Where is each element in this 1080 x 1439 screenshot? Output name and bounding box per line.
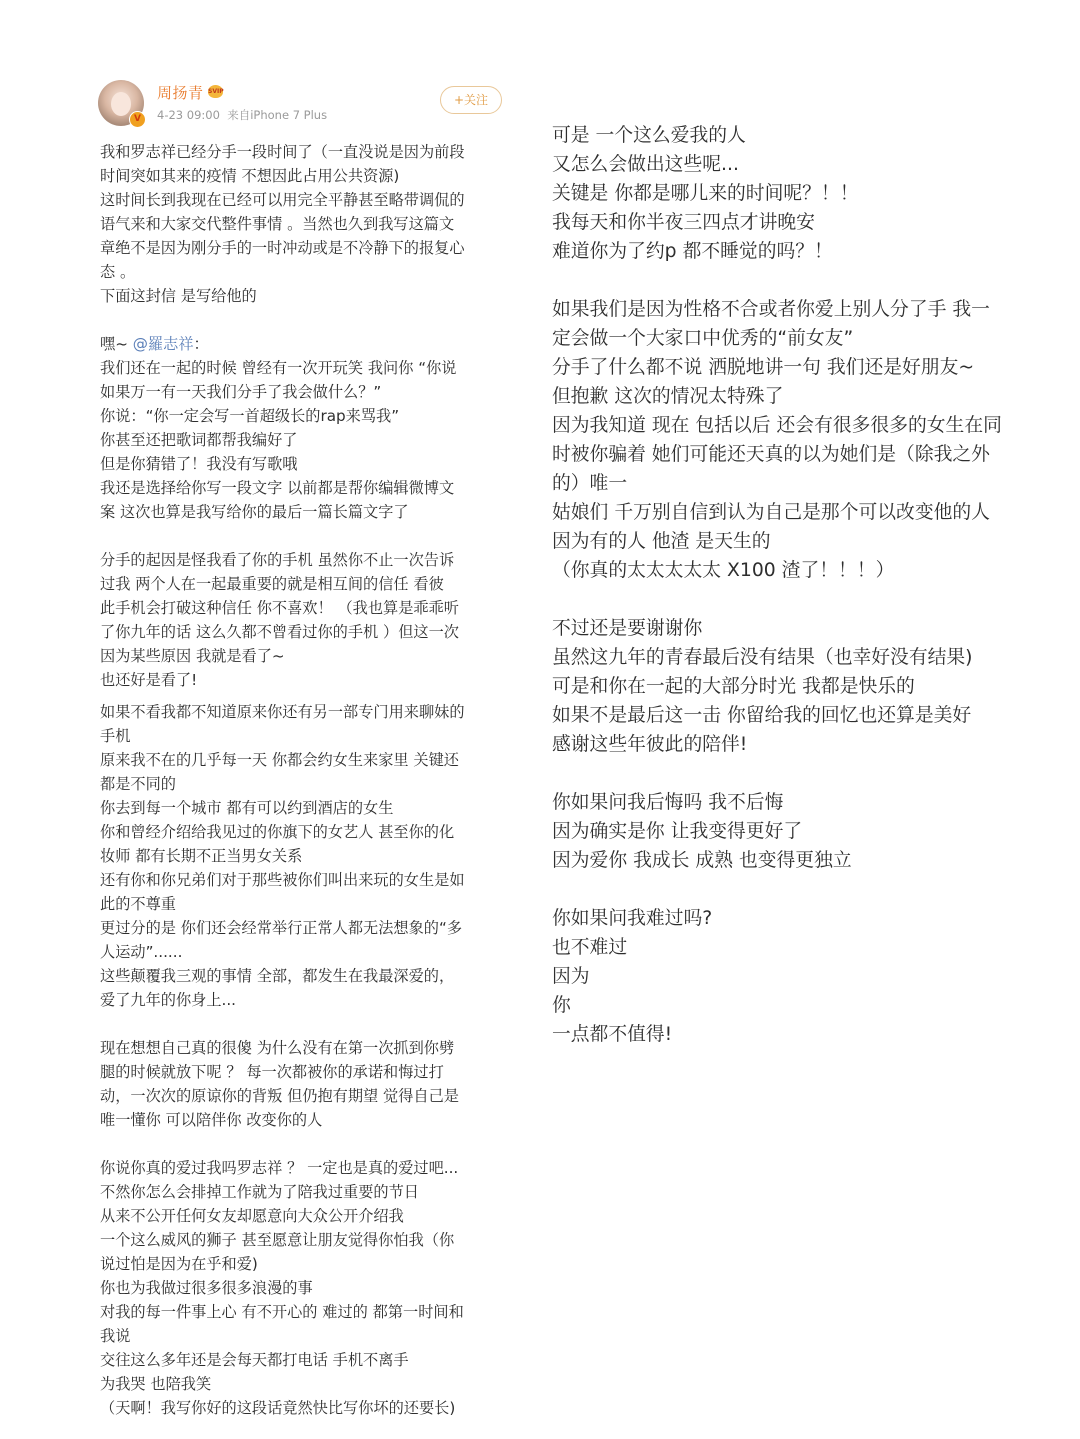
text-line: 你如果问我难过吗? xyxy=(552,904,1042,933)
text-line: 态 。 xyxy=(100,260,510,284)
text-line: 这时间长到我现在已经可以用完全平静甚至略带调侃的 xyxy=(100,188,510,212)
verified-badge-icon: V xyxy=(129,111,146,128)
text-line: 可是和你在一起的大部分时光 我都是快乐的 xyxy=(552,672,1042,701)
text-line: 分手了什么都不说 洒脱地讲一句 我们还是好朋友~ xyxy=(552,353,1042,382)
greeting-line: 嘿~ @羅志祥： xyxy=(100,332,510,356)
text-line: 还有你和你兄弟们对于那些被你们叫出来玩的女生是如 xyxy=(100,868,510,892)
text-line: 过我 两个人在一起最重要的就是相互间的信任 看彼 xyxy=(100,572,510,596)
text-line: 但是你猜错了！我没有写歌哦 xyxy=(100,452,510,476)
text-line: 你去到每一个城市 都有可以约到酒店的女生 xyxy=(100,796,510,820)
post-body-left-column: 我和罗志祥已经分手一段时间了（一直没说是因为前段 时间突如其来的疫情 不想因此占… xyxy=(100,140,510,1420)
text-line: 定会做一个大家口中优秀的“前女友” xyxy=(552,324,1042,353)
text-line: 关键是 你都是哪儿来的时间呢？！！ xyxy=(552,179,1042,208)
text-line: 如果我们是因为性格不合或者你爱上别人分了手 我一 xyxy=(552,295,1042,324)
text-line: 说过怕是因为在乎和爱) xyxy=(100,1252,510,1276)
paragraph-6: 可是 一个这么爱我的人 又怎么会做出这些呢... 关键是 你都是哪儿来的时间呢？… xyxy=(552,121,1042,266)
text-line: 我说 xyxy=(100,1324,510,1348)
post-header: V 周扬青 SVIP 4-23 09:00 来自iPhone 7 Plus +关… xyxy=(98,80,504,128)
text-line: 妆师 都有长期不正当男女关系 xyxy=(100,844,510,868)
text-line: 手机 xyxy=(100,724,510,748)
text-line: 不然你怎么会排掉工作就为了陪我过重要的节日 xyxy=(100,1180,510,1204)
text-line: 分手的起因是怪我看了你的手机 虽然你不止一次告诉 xyxy=(100,548,510,572)
text-line: 因为某些原因 我就是看了~ xyxy=(100,644,510,668)
text-line: 时被你骗着 她们可能还天真的以为她们是（除我之外 xyxy=(552,440,1042,469)
greeting-prefix: 嘿~ xyxy=(100,335,133,353)
paragraph-5: 你说你真的爱过我吗罗志祥 ？ 一定也是真的爱过吧... 不然你怎么会排掉工作就为… xyxy=(100,1156,510,1420)
text-line: 一个这么威风的狮子 甚至愿意让朋友觉得你怕我（你 xyxy=(100,1228,510,1252)
text-line: 虽然这九年的青春最后没有结果（也幸好没有结果) xyxy=(552,643,1042,672)
text-line: 语气来和大家交代整件事情 。当然也久到我写这篇文 xyxy=(100,212,510,236)
text-line: 你如果问我后悔吗 我不后悔 xyxy=(552,788,1042,817)
text-line: 不过还是要谢谢你 xyxy=(552,614,1042,643)
text-line: 我还是选择给你写一段文字 以前都是帮你编辑微博文 xyxy=(100,476,510,500)
text-line: 时间突如其来的疫情 不想因此占用公共资源) xyxy=(100,164,510,188)
text-line: 你 xyxy=(552,991,1042,1020)
paragraph-2: 分手的起因是怪我看了你的手机 虽然你不止一次告诉 过我 两个人在一起最重要的就是… xyxy=(100,548,510,692)
svip-badge-icon: SVIP xyxy=(208,85,223,98)
text-line: 我和罗志祥已经分手一段时间了（一直没说是因为前段 xyxy=(100,140,510,164)
text-line: 因为我知道 现在 包括以后 还会有很多很多的女生在同 xyxy=(552,411,1042,440)
greeting-suffix: ： xyxy=(194,335,209,353)
text-line: 为我哭 也陪我笑 xyxy=(100,1372,510,1396)
text-line: 如果不看我都不知道原来你还有另一部专门用来聊妹的 xyxy=(100,700,510,724)
text-line: 腿的时候就放下呢 ？ 每一次都被你的承诺和悔过打 xyxy=(100,1060,510,1084)
text-line: 对我的每一件事上心 有不开心的 难过的 都第一时间和 xyxy=(100,1300,510,1324)
text-line: 你甚至还把歌词都帮我编好了 xyxy=(100,428,510,452)
text-line: 姑娘们 千万别自信到认为自己是那个可以改变他的人 xyxy=(552,498,1042,527)
text-line: （你真的太太太太太 X100 渣了！！！） xyxy=(552,556,1042,585)
text-line: 此的不尊重 xyxy=(100,892,510,916)
text-line: 难道你为了约p 都不睡觉的吗？！ xyxy=(552,237,1042,266)
text-line: 动，一次次的原谅你的背叛 但仍抱有期望 觉得自己是 xyxy=(100,1084,510,1108)
text-line: 此手机会打破这种信任 你不喜欢！ （我也算是乖乖听 xyxy=(100,596,510,620)
text-line: 也不难过 xyxy=(552,933,1042,962)
paragraph-8: 不过还是要谢谢你 虽然这九年的青春最后没有结果（也幸好没有结果) 可是和你在一起… xyxy=(552,614,1042,759)
follow-button[interactable]: +关注 xyxy=(440,86,502,114)
text-line: 你也为我做过很多很多浪漫的事 xyxy=(100,1276,510,1300)
paragraph-9: 你如果问我后悔吗 我不后悔 因为确实是你 让我变得更好了 因为爱你 我成长 成熟… xyxy=(552,788,1042,875)
text-line: 章绝不是因为刚分手的一时冲动或是不冷静下的报复心 xyxy=(100,236,510,260)
text-line: 的）唯一 xyxy=(552,469,1042,498)
text-line: 从来不公开任何女友却愿意向大众公开介绍我 xyxy=(100,1204,510,1228)
paragraph-3: 如果不看我都不知道原来你还有另一部专门用来聊妹的 手机 原来我不在的几乎每一天 … xyxy=(100,700,510,1012)
text-line: 人运动”...... xyxy=(100,940,510,964)
post-meta: 4-23 09:00 来自iPhone 7 Plus xyxy=(157,107,327,123)
text-line: 我们还在一起的时候 曾经有一次开玩笑 我问你 “你说 xyxy=(100,356,510,380)
post-timestamp: 4-23 09:00 xyxy=(157,108,220,122)
post-body-right-column: 可是 一个这么爱我的人 又怎么会做出这些呢... 关键是 你都是哪儿来的时间呢？… xyxy=(552,121,1042,1049)
paragraph-1: 我们还在一起的时候 曾经有一次开玩笑 我问你 “你说 如果万一有一天我们分手了我… xyxy=(100,356,510,524)
text-line: 现在想想自己真的很傻 为什么没有在第一次抓到你劈 xyxy=(100,1036,510,1060)
text-line: 你和曾经介绍给我见过的你旗下的女艺人 甚至你的化 xyxy=(100,820,510,844)
avatar[interactable]: V xyxy=(98,80,144,126)
text-line: 可是 一个这么爱我的人 xyxy=(552,121,1042,150)
paragraph-10: 你如果问我难过吗? 也不难过 因为 你 一点都不值得! xyxy=(552,904,1042,1049)
text-line: 感谢这些年彼此的陪伴! xyxy=(552,730,1042,759)
text-line: 你说你真的爱过我吗罗志祥 ？ 一定也是真的爱过吧... xyxy=(100,1156,510,1180)
text-line: 但抱歉 这次的情况太特殊了 xyxy=(552,382,1042,411)
text-line: 又怎么会做出这些呢... xyxy=(552,150,1042,179)
text-line: 因为爱你 我成长 成熟 也变得更独立 xyxy=(552,846,1042,875)
text-line: 更过分的是 你们还会经常举行正常人都无法想象的“多 xyxy=(100,916,510,940)
text-line: 一点都不值得! xyxy=(552,1020,1042,1049)
text-line: 因为确实是你 让我变得更好了 xyxy=(552,817,1042,846)
post-source: 来自iPhone 7 Plus xyxy=(227,108,327,122)
text-line: 下面这封信 是写给他的 xyxy=(100,284,510,308)
text-line: 你说：“你一定会写一首超级长的rap来骂我” xyxy=(100,404,510,428)
text-line: 因为 xyxy=(552,962,1042,991)
text-line: 交往这么多年还是会每天都打电话 手机不离手 xyxy=(100,1348,510,1372)
text-line: 爱了九年的你身上... xyxy=(100,988,510,1012)
text-line: 都是不同的 xyxy=(100,772,510,796)
text-line: 案 这次也算是我写给你的最后一篇长篇文字了 xyxy=(100,500,510,524)
text-line: 了你九年的话 这么久都不曾看过你的手机 ）但这一次 xyxy=(100,620,510,644)
text-line: 也还好是看了! xyxy=(100,668,510,692)
text-line: （天啊！我写你好的这段话竟然快比写你坏的还要长) xyxy=(100,1396,510,1420)
text-line: 这些颠覆我三观的事情 全部，都发生在我最深爱的， xyxy=(100,964,510,988)
paragraph-4: 现在想想自己真的很傻 为什么没有在第一次抓到你劈 腿的时候就放下呢 ？ 每一次都… xyxy=(100,1036,510,1132)
mention-link[interactable]: @羅志祥 xyxy=(133,335,194,353)
author-name[interactable]: 周扬青 xyxy=(157,82,204,103)
text-line: 如果不是最后这一击 你留给我的回忆也还算是美好 xyxy=(552,701,1042,730)
avatar-face xyxy=(111,92,131,116)
text-line: 如果万一有一天我们分手了我会做什么？” xyxy=(100,380,510,404)
text-line: 原来我不在的几乎每一天 你都会约女生来家里 关键还 xyxy=(100,748,510,772)
text-line: 我每天和你半夜三四点才讲晚安 xyxy=(552,208,1042,237)
text-line: 唯一懂你 可以陪伴你 改变你的人 xyxy=(100,1108,510,1132)
paragraph-7: 如果我们是因为性格不合或者你爱上别人分了手 我一 定会做一个大家口中优秀的“前女… xyxy=(552,295,1042,585)
text-line: 因为有的人 他渣 是天生的 xyxy=(552,527,1042,556)
intro-paragraph: 我和罗志祥已经分手一段时间了（一直没说是因为前段 时间突如其来的疫情 不想因此占… xyxy=(100,140,510,308)
